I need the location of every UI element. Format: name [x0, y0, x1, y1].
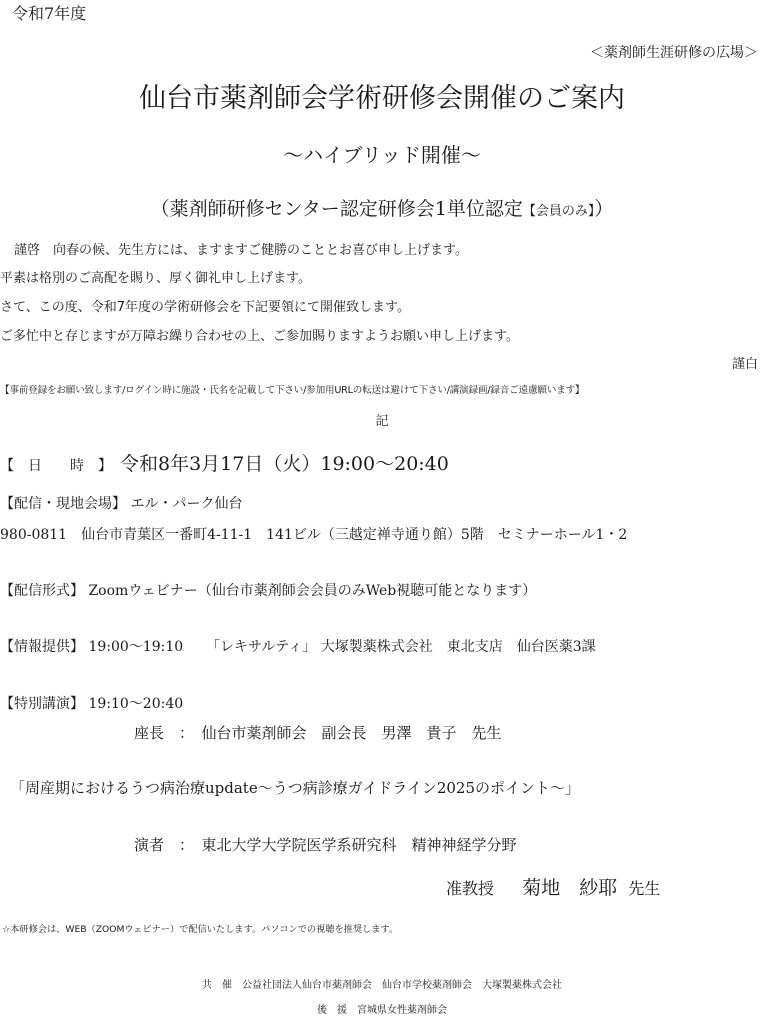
speaker-affiliation: 演者 ： 東北大学大学院医学系研究科 精神神経学分野	[134, 838, 517, 853]
venue-address: 980-0811 仙台市青葉区一番町4-11-1 141ビル（三越定禅寺通り館）…	[0, 528, 627, 542]
credit-suffix: ）	[594, 198, 613, 220]
greeting-line: 平素は格別のご高配を賜り、厚く御礼申し上げます。	[0, 272, 311, 285]
credit-prefix: （薬剤師研修センター認定研修会1単位認定	[151, 198, 523, 220]
page-title: 仙台市薬剤師会学術研修会開催のご案内	[0, 85, 764, 112]
date-row: 【 日 時 】令和8年3月17日（火）19:00～20:40	[0, 455, 449, 474]
lecture-label: 【特別講演】	[0, 696, 84, 712]
info-row: 【情報提供】 19:00～19:10 「レキサルティ」 大塚製薬株式会社 東北支…	[0, 640, 596, 654]
credit-line: （薬剤師研修センター認定研修会1単位認定【会員のみ】）	[0, 200, 764, 219]
fiscal-year: 令和7年度	[12, 6, 86, 22]
series-label: ＜薬剤師生涯研修の広場＞	[590, 46, 758, 60]
greeting-line: ご多忙中と存じますが万障お繰り合わせの上、ご参加賜りますようお願い申し上げます。	[0, 330, 519, 343]
speaker-name: 菊地 紗耶	[522, 877, 617, 899]
format-label: 【配信形式】	[0, 583, 84, 599]
format-value: Zoomウェビナー（仙台市薬剤師会会員のみWeb視聴可能となります）	[88, 583, 536, 599]
format-row: 【配信形式】 Zoomウェビナー（仙台市薬剤師会会員のみWeb視聴可能となります…	[0, 584, 536, 598]
lecture-title: 「周産期におけるうつ病治療update～うつ病診療ガイドライン2025のポイント…	[10, 781, 580, 796]
speaker-honorific: 先生	[628, 879, 660, 898]
page-subtitle: ～ハイブリッド開催～	[0, 145, 764, 165]
credit-members-only: 【会員のみ】	[523, 204, 595, 219]
venue-row: 【配信・現地会場】 エル・パーク仙台	[0, 497, 242, 511]
info-value: 「レキサルティ」 大塚製薬株式会社 東北支店 仙台医薬3課	[206, 639, 596, 655]
chair-row: 座長 ： 仙台市薬剤師会 副会長 男澤 貴子 先生	[134, 726, 502, 741]
date-value: 令和8年3月17日（火）19:00～20:40	[120, 453, 449, 475]
info-time: 19:00～19:10	[88, 639, 183, 655]
speaker-position: 准教授	[446, 879, 494, 898]
speaker-name-row: 准教授 菊地 紗耶 先生	[446, 879, 660, 898]
greeting-line: 謹啓 向春の候、先生方には、ますますご健勝のこととお喜び申し上げます。	[14, 244, 468, 257]
info-label: 【情報提供】	[0, 639, 84, 655]
web-note: ☆本研修会は、WEB（ZOOMウェビナー）で配信いたします。パソコンでの視聴を推…	[2, 925, 398, 934]
closing-phrase: 謹白	[732, 358, 758, 371]
ki-mark: 記	[0, 415, 764, 428]
lecture-time: 19:10～20:40	[88, 696, 183, 712]
lecture-row: 【特別講演】 19:10～20:40	[0, 697, 183, 711]
support-line: 後 援 宮城県女性薬剤師会	[0, 1006, 764, 1016]
venue-label: 【配信・現地会場】	[0, 496, 126, 512]
date-label: 【 日 時 】	[0, 458, 112, 474]
greeting-line: さて、この度、令和7年度の学術研修会を下記要領にて開催致します。	[0, 301, 410, 314]
venue-value: エル・パーク仙台	[130, 496, 242, 512]
registration-notice: 【事前登録をお願い致します/ログイン時に施設・氏名を記載して下さい/参加用URL…	[0, 386, 584, 396]
co-host-line: 共 催 公益社団法人仙台市薬剤師会 仙台市学校薬剤師会 大塚製薬株式会社	[0, 981, 764, 991]
